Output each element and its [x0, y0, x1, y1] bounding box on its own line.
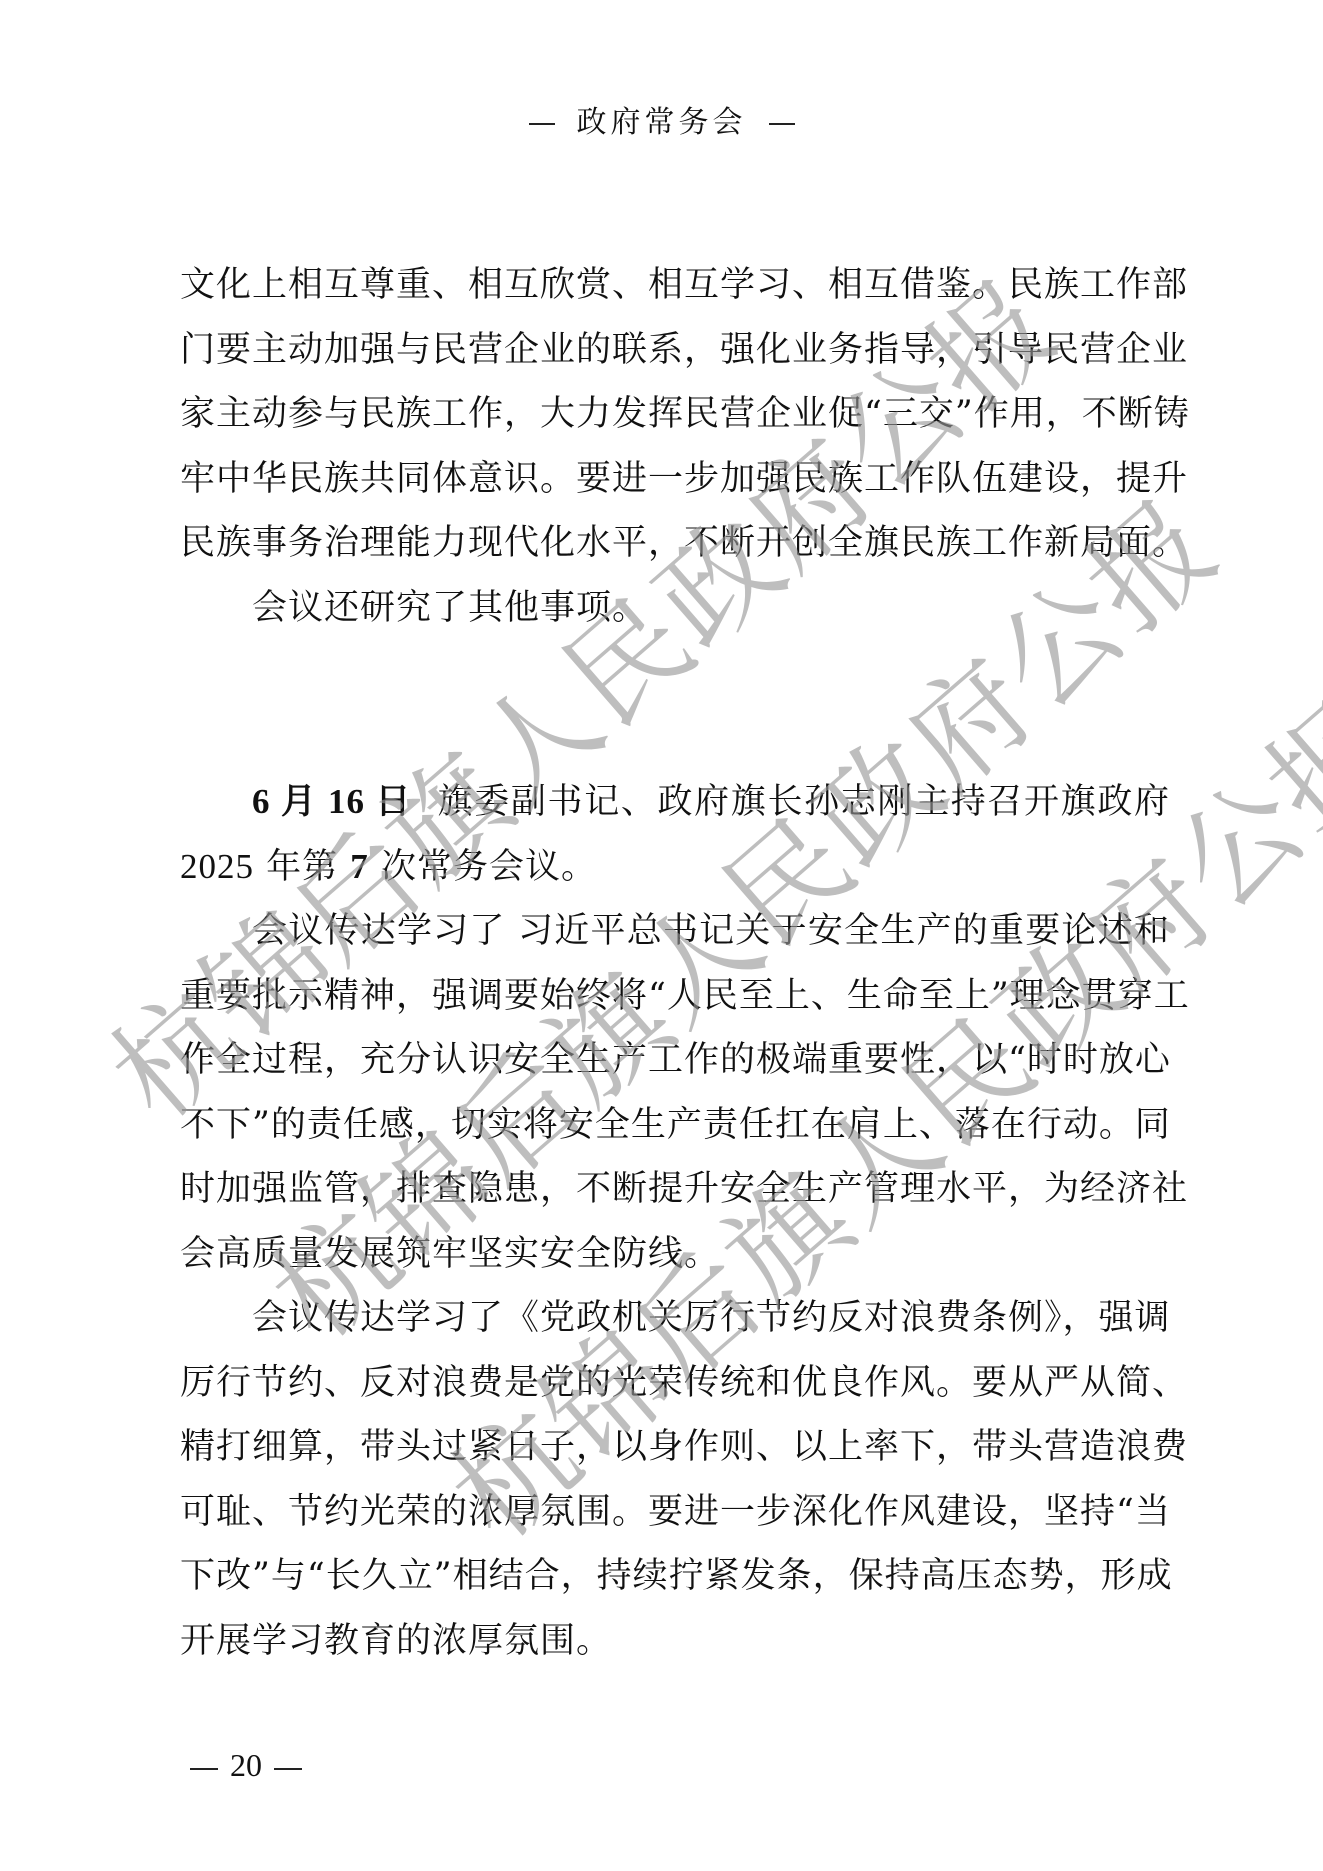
- text-line: 会议传达学习了 习近平总书记关于安全生产的重要论述和: [180, 899, 1170, 964]
- paragraph-meeting-intro: 6 月 16 日 旗委副书记、政府旗长孙志刚主持召开旗政府 2025 年第 7 …: [180, 770, 1170, 899]
- text-line: 时加强监管，排查隐患，不断提升安全生产管理水平，为经济社: [180, 1157, 1170, 1222]
- header-dash-right: [769, 123, 795, 125]
- footer-dash-left: [190, 1768, 218, 1770]
- meeting-date: 6 月 16 日: [252, 782, 412, 821]
- paragraph-ethnic-work: 文化上相互尊重、相互欣赏、相互学习、相互借鉴。民族工作部 门要主动加强与民营企业…: [180, 253, 1170, 576]
- date-day: 16: [328, 782, 365, 821]
- meeting-intro-rest: 次常务会议。: [381, 847, 597, 887]
- header-dash-left: [529, 123, 555, 125]
- paragraph-safety-production: 会议传达学习了 习近平总书记关于安全生产的重要论述和 重要批示精神，强调要始终将…: [180, 899, 1170, 1286]
- text-line: 门要主动加强与民营企业的联系，强化业务指导，引导民营企业: [180, 318, 1170, 383]
- meeting-year: 2025: [180, 847, 254, 886]
- meeting-intro-text: 旗委副书记、政府旗长孙志刚主持召开旗政府: [438, 782, 1170, 822]
- page-number: 20: [230, 1747, 262, 1783]
- text-line: 可耻、节约光荣的浓厚氛围。要进一步深化作风建设，坚持“当: [180, 1480, 1170, 1545]
- text-line: 精打细算，带头过紧日子，以身作则、以上率下，带头营造浪费: [180, 1415, 1170, 1480]
- date-month-unit: 月: [281, 782, 318, 821]
- date-day-unit: 日: [375, 782, 412, 821]
- meeting-number: 7: [350, 847, 369, 886]
- text-line: 作全过程，充分认识安全生产工作的极端重要性，以“时时放心: [180, 1028, 1170, 1093]
- text-line: 家主动参与民族工作，大力发挥民营企业促“三交”作用，不断铸: [180, 382, 1170, 447]
- text-line: 会高质量发展筑牢坚实安全防线。: [180, 1222, 1170, 1287]
- text-line: 开展学习教育的浓厚氛围。: [180, 1609, 1170, 1674]
- text-line: 文化上相互尊重、相互欣赏、相互学习、相互借鉴。民族工作部: [180, 253, 1170, 318]
- document-page: 政府常务会 文化上相互尊重、相互欣赏、相互学习、相互借鉴。民族工作部 门要主动加…: [0, 0, 1323, 1871]
- text-line: 牢中华民族共同体意识。要进一步加强民族工作队伍建设，提升: [180, 447, 1170, 512]
- document-body: 文化上相互尊重、相互欣赏、相互学习、相互借鉴。民族工作部 门要主动加强与民营企业…: [180, 253, 1170, 1673]
- paragraph-thrift-regulations: 会议传达学习了《党政机关厉行节约反对浪费条例》，强调 厉行节约、反对浪费是党的光…: [180, 1286, 1170, 1673]
- meeting-intro-line-1: 6 月 16 日 旗委副书记、政府旗长孙志刚主持召开旗政府: [180, 770, 1170, 835]
- text-line: 下改”与“长久立”相结合，持续拧紧发条，保持高压态势，形成: [180, 1544, 1170, 1609]
- text-line: 不下”的责任感，切实将安全生产责任扛在肩上、落在行动。同: [180, 1093, 1170, 1158]
- footer-dash-right: [274, 1768, 302, 1770]
- paragraph-other-matters: 会议还研究了其他事项。: [180, 576, 1170, 641]
- text-line: 民族事务治理能力现代化水平，不断开创全旗民族工作新局面。: [180, 511, 1170, 576]
- page-footer: 20: [178, 1745, 314, 1785]
- meeting-intro-line-2: 2025 年第 7 次常务会议。: [180, 835, 1170, 900]
- running-header: 政府常务会: [0, 103, 1323, 143]
- text-line: 会议还研究了其他事项。: [180, 576, 1170, 641]
- text-line: 重要批示精神，强调要始终将“人民至上、生命至上”理念贯穿工: [180, 964, 1170, 1029]
- header-title: 政府常务会: [577, 105, 747, 140]
- meeting-year-unit: 年第: [266, 847, 338, 887]
- text-line: 会议传达学习了《党政机关厉行节约反对浪费条例》，强调: [180, 1286, 1170, 1351]
- section-gap: [180, 640, 1170, 770]
- date-month: 6: [252, 782, 271, 821]
- text-line: 厉行节约、反对浪费是党的光荣传统和优良作风。要从严从简、: [180, 1351, 1170, 1416]
